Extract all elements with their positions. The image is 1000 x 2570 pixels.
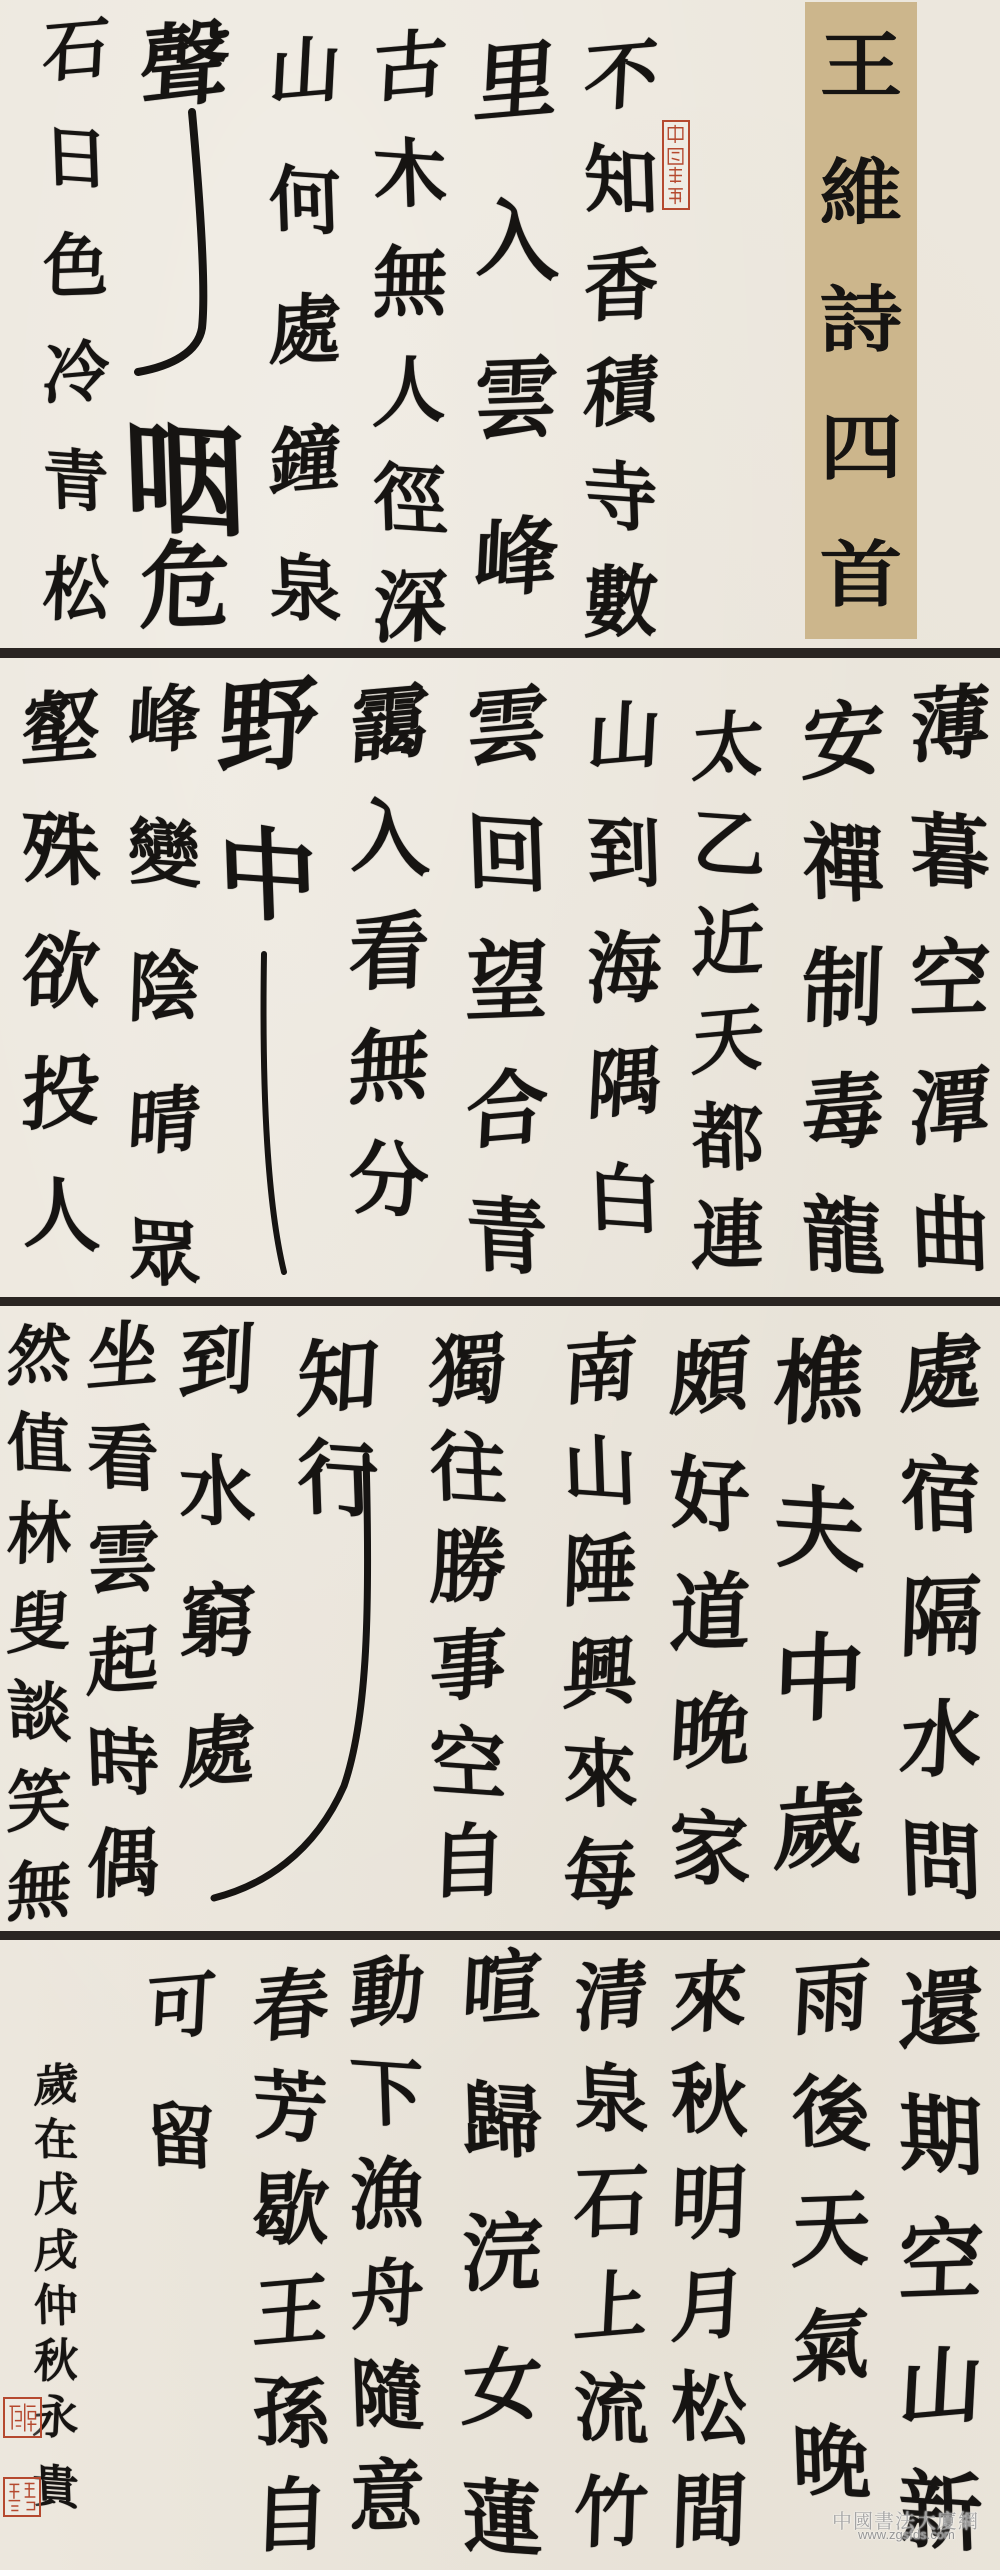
glyph: 歲: [33, 2062, 79, 2110]
glyph: 流: [573, 2370, 649, 2450]
glyph: 浣: [461, 2210, 544, 2297]
glyph: 中: [772, 1630, 865, 1728]
glyph: 山: [585, 696, 663, 777]
poem-column: 來秋明月松間: [663, 1960, 755, 2550]
glyph: 潭: [908, 1063, 992, 1151]
glyph: 詩: [820, 284, 903, 356]
glyph: 南: [561, 1329, 639, 1410]
title-strip: 王維詩四首: [805, 2, 917, 639]
glyph: 曲: [909, 1191, 992, 1277]
glyph: 留: [145, 2099, 217, 2174]
glyph: 何: [268, 162, 342, 239]
glyph: 秋: [670, 2060, 748, 2142]
glyph: 松: [42, 553, 110, 625]
poem-column: 雲回望合青: [461, 686, 554, 1278]
glyph: 蓮: [461, 2475, 544, 2561]
glyph: 峰: [472, 512, 560, 604]
watermark-url: www.zgsfds.com: [858, 2527, 955, 2542]
glyph: 山: [897, 2340, 985, 2432]
glyph: 看: [86, 1419, 160, 1496]
glyph: 薄: [908, 680, 992, 768]
glyph: 樵: [772, 1333, 866, 1432]
glyph: 空: [909, 936, 992, 1023]
glyph: 合: [464, 1065, 550, 1155]
poem-column: 不知香積寺數: [575, 40, 667, 640]
glyph: 動: [348, 1952, 426, 2033]
glyph: 宿: [899, 1452, 984, 1540]
glyph: 到: [586, 813, 662, 893]
poem-column: 樵夫中歲: [767, 1337, 871, 1872]
glyph: 水: [898, 1695, 984, 1785]
poem-column: 里入雲峰: [466, 40, 566, 600]
glyph: 下: [349, 2054, 425, 2134]
panel-divider: [0, 648, 1000, 658]
glyph: 隅: [585, 1044, 663, 1125]
glyph: 青: [465, 1193, 550, 1281]
glyph: 值: [6, 1411, 72, 1480]
glyph: 歲: [772, 1778, 866, 1877]
glyph: 王: [251, 2270, 331, 2353]
glyph: 連: [691, 1197, 766, 1275]
glyph: 起: [85, 1621, 161, 1700]
glyph: 林: [6, 1500, 72, 1570]
seal-glyph-marks: [5, 2399, 40, 2436]
poem-column: 壑殊欲投人: [14, 690, 108, 1255]
panel-divider: [0, 1931, 1000, 1940]
glyph: 月: [669, 2265, 749, 2348]
glyph: 談: [6, 1679, 72, 1748]
glyph: 行: [296, 1436, 381, 1524]
poem-column: 山到海隅白: [580, 700, 668, 1237]
glyph: 隨: [349, 2356, 425, 2436]
glyph: 分: [348, 1137, 431, 1223]
poem-column: 太乙近天都連: [687, 710, 769, 1272]
seal-stamp: [3, 2397, 42, 2438]
poem-column: 雨後天氣晚: [790, 1960, 872, 2502]
glyph: 自: [428, 1821, 507, 1904]
glyph: 來: [562, 1735, 638, 1815]
poem-column: 頗好道晚家: [660, 1337, 760, 1889]
poem-column: 清泉石上流竹: [567, 1960, 655, 2550]
glyph: 看: [348, 909, 431, 996]
glyph: 人: [21, 1174, 102, 1258]
glyph: 芳: [252, 2067, 330, 2149]
poem-column: 可留: [146, 1972, 216, 2172]
glyph: 叟: [5, 1589, 72, 1659]
poem-column: 喧歸浣女蓮: [454, 1948, 550, 2558]
glyph: 知: [583, 142, 659, 222]
glyph: 青: [42, 446, 110, 517]
glyph: 望: [465, 937, 550, 1026]
glyph: 喧: [460, 1944, 544, 2032]
poem-column: 峰變陰晴眾: [125, 684, 203, 1290]
glyph: 無: [5, 1857, 72, 1927]
glyph: 戊: [33, 2172, 79, 2220]
glyph: 王: [820, 30, 903, 102]
glyph: 往: [428, 1428, 506, 1510]
glyph: 意: [349, 2457, 426, 2537]
glyph: 色: [42, 230, 110, 302]
glyph: 後: [791, 2073, 872, 2157]
glyph: 空: [428, 1723, 506, 1805]
glyph: 聲: [138, 17, 232, 116]
poem-column: 山何處鐘泉: [265, 35, 345, 625]
poem-panel-1: 王維詩四首 不知香積寺數 里入雲峰 古木無人徑深 山何處鐘泉 聲咽危 石日色冷青…: [0, 0, 1000, 648]
glyph: 不: [582, 36, 660, 117]
glyph: 陰: [127, 948, 202, 1026]
glyph: 四: [820, 412, 903, 484]
glyph: 眾: [127, 1215, 201, 1292]
glyph: 春: [251, 1964, 331, 2047]
poem-column: 石日色冷青松: [38, 17, 114, 622]
glyph: 雲: [464, 682, 550, 772]
glyph: 上: [572, 2266, 650, 2347]
glyph: 泉: [573, 2060, 649, 2140]
glyph: 雨: [790, 1956, 872, 2041]
panel-divider: [0, 1297, 1000, 1306]
glyph: 積: [582, 352, 660, 433]
glyph: 氣: [790, 2304, 872, 2389]
glyph: 禪: [801, 821, 886, 909]
poem-column: 靄入看無分: [339, 684, 439, 1220]
poem-column: 坐看雲起時偶: [79, 1320, 167, 1900]
glyph: 危: [138, 537, 231, 635]
glyph: 可: [144, 1969, 217, 2046]
seal-glyph-marks: [664, 122, 688, 208]
glyph: 海: [586, 928, 663, 1008]
poem-column: 野中: [225, 676, 311, 926]
glyph: 松: [670, 2368, 748, 2450]
glyph: 漁: [349, 2154, 426, 2234]
glyph: 歇: [252, 2169, 331, 2252]
glyph: 深: [372, 568, 449, 648]
glyph: 然: [5, 1321, 72, 1391]
glyph: 間: [670, 2471, 749, 2554]
glyph: 空: [897, 2215, 984, 2306]
glyph: 維: [820, 157, 903, 229]
glyph: 變: [127, 815, 201, 892]
poem-column: 知行: [296, 1337, 380, 1521]
glyph: 獨: [428, 1329, 508, 1412]
glyph: 事: [428, 1624, 508, 1707]
glyph: 自: [252, 2475, 331, 2558]
glyph: 白: [586, 1160, 662, 1240]
glyph: 好: [669, 1452, 752, 1538]
glyph: 偶: [86, 1825, 161, 1903]
glyph: 咽: [122, 415, 247, 546]
glyph: 來: [669, 1956, 749, 2039]
glyph: 女: [460, 2342, 544, 2430]
glyph: 歸: [461, 2078, 544, 2164]
glyph: 徑: [372, 460, 448, 540]
glyph: 入: [473, 196, 560, 286]
glyph: 乙: [691, 805, 765, 882]
glyph: 坐: [85, 1317, 161, 1396]
glyph: 無: [347, 1022, 431, 1110]
glyph: 秋: [33, 2338, 79, 2386]
poem-column: 動下漁舟隨意: [343, 1956, 431, 2534]
poem-panel-3: 處宿隔水問 樵夫中歲 頗好道晚家 南山陲興來每 獨往勝事空自 知行 到水窮處 坐…: [0, 1306, 1000, 1931]
poem-column: 聲咽危: [130, 21, 240, 631]
glyph: 中: [216, 822, 319, 929]
glyph: 在: [33, 2118, 78, 2165]
glyph: 野: [216, 671, 321, 781]
glyph: 問: [899, 1818, 984, 1906]
glyph: 首: [820, 539, 903, 611]
glyph: 晴: [126, 1081, 202, 1160]
glyph: 寺: [583, 458, 659, 538]
glyph: 處: [177, 1710, 257, 1793]
glyph: 期: [898, 2090, 985, 2180]
glyph: 知: [295, 1333, 381, 1423]
glyph: 清: [572, 1956, 650, 2037]
glyph: 道: [669, 1570, 752, 1657]
poem-column: 春芳歇王孫自: [243, 1968, 339, 2554]
glyph: 欲: [21, 930, 102, 1015]
glyph: 日: [42, 122, 110, 193]
glyph: 無: [372, 243, 449, 323]
poem-panel-4: 還期空山新 雨後天氣晚 來秋明月松間 清泉石上流竹 喧歸浣女蓮 動下漁舟隨意 春…: [0, 1940, 1000, 2570]
glyph: 殊: [21, 809, 102, 893]
glyph: 水: [178, 1451, 256, 1533]
glyph: 暮: [909, 809, 992, 895]
poem-panel-2: 薄暮空潭曲 安禪制毒龍 太乙近天都連 山到海隅白 雲回望合青 靄入看無分 野中 …: [0, 658, 1000, 1297]
glyph: 明: [670, 2162, 749, 2245]
glyph: 勝: [428, 1526, 507, 1609]
glyph: 制: [801, 944, 886, 1033]
glyph: 龍: [801, 1193, 886, 1281]
poem-column: 然值林叟談笑無: [4, 1324, 74, 1924]
glyph: 安: [800, 696, 886, 786]
poem-column: 獨往勝事空自: [410, 1333, 525, 1900]
glyph: 竹: [573, 2473, 650, 2553]
poem-column: 古木無人徑深: [367, 30, 453, 645]
inscription-date: 歲在戊戌仲秋: [29, 2064, 83, 2384]
glyph: 仲: [33, 2283, 78, 2330]
glyph: 古: [371, 26, 449, 107]
glyph: 雲: [472, 354, 559, 445]
poem-column: 安禪制毒龍: [795, 700, 891, 1278]
glyph: 入: [348, 795, 431, 881]
glyph: 到: [177, 1320, 257, 1403]
seal-glyph-marks: [5, 2479, 39, 2515]
glyph: 時: [86, 1724, 160, 1801]
glyph: 毒: [800, 1068, 886, 1158]
glyph: 笑: [6, 1768, 72, 1838]
glyph: 冷: [41, 337, 110, 409]
glyph: 隔: [899, 1573, 984, 1662]
glyph: 回: [465, 810, 550, 898]
glyph: 頗: [668, 1333, 752, 1421]
glyph: 石: [41, 14, 110, 86]
glyph: 天: [690, 1001, 766, 1080]
glyph: 陲: [562, 1532, 639, 1612]
glyph: 峰: [126, 681, 202, 760]
glyph: 都: [691, 1099, 765, 1176]
poem-column: 南山陲興來每: [545, 1333, 655, 1913]
glyph: 晚: [668, 1687, 752, 1775]
glyph: 香: [583, 247, 660, 327]
glyph: 壑: [20, 686, 102, 771]
glyph: 戌: [33, 2227, 79, 2275]
glyph: 處: [898, 1329, 984, 1419]
glyph: 石: [573, 2163, 650, 2243]
poem-column: 處宿隔水問: [897, 1333, 985, 1903]
glyph: 興: [561, 1633, 639, 1714]
glyph: 家: [669, 1806, 752, 1892]
glyph: 里: [472, 36, 560, 128]
poem-column: 薄暮空潭曲: [907, 684, 993, 1274]
glyph: 人: [371, 351, 449, 432]
glyph: 太: [690, 707, 766, 786]
glyph: 數: [583, 563, 660, 643]
glyph: 窮: [178, 1581, 257, 1664]
glyph: 山: [267, 32, 343, 111]
glyph: 木: [372, 135, 448, 215]
glyph: 孫: [252, 2373, 330, 2455]
glyph: 每: [562, 1836, 639, 1916]
glyph: 山: [562, 1431, 638, 1511]
poem-column: 到水窮處: [175, 1324, 259, 1790]
glyph: 處: [268, 291, 343, 369]
glyph: 泉: [268, 550, 342, 627]
glyph: 鐘: [267, 420, 343, 499]
glyph: 雲: [86, 1520, 161, 1598]
glyph: 舟: [348, 2255, 426, 2336]
glyph: 近: [691, 903, 766, 981]
glyph: 晚: [791, 2421, 872, 2505]
poem-column: 還期空山新: [897, 1968, 985, 2554]
glyph: 夫: [773, 1482, 866, 1579]
glyph: 投: [20, 1052, 102, 1137]
seal-stamp: [3, 2477, 41, 2517]
glyph: 天: [791, 2189, 872, 2274]
glyph: 靄: [347, 680, 431, 768]
glyph: 還: [897, 1964, 985, 2056]
